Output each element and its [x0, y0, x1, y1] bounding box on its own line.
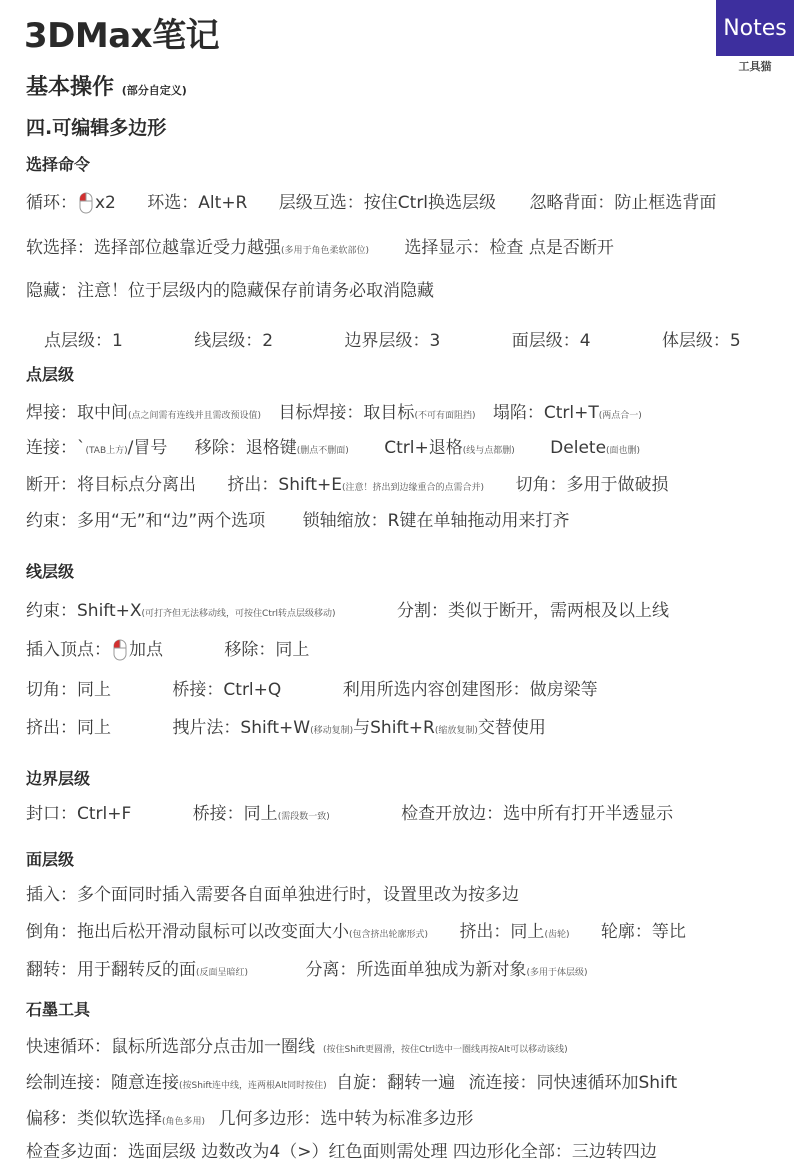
connect: 连接：`	[26, 438, 86, 458]
flow-connect: 流连接：同快速循环加Shift	[468, 1073, 677, 1093]
paint-connect: 绘制连接：随意连接	[26, 1073, 179, 1093]
edge-row-1: 约束：Shift+X(可打齐但无法移动线，可按住Ctrl转点层级移动) 分割：类…	[26, 596, 669, 621]
axis-scale: 锁轴缩放：R键在单轴拖动用来打齐	[303, 511, 570, 531]
add-point: 加点	[129, 640, 163, 660]
border-bridge: 桥接：同上	[193, 804, 278, 824]
ring-select: 环选：Alt+R	[147, 193, 247, 213]
face-row-2: 倒角：拖出后松开滑动鼠标可以改变面大小(包含挤出轮廓形式) 挤出：同上(齿轮) …	[26, 917, 686, 942]
level-element: 体层级：5	[662, 331, 741, 351]
alternate-use: 交替使用	[478, 718, 546, 738]
heading-vertex: 点层级	[26, 362, 74, 385]
level-switch: 层级互选：按住Ctrl换选层级	[279, 193, 496, 213]
mouse-left-click-icon	[113, 639, 127, 661]
face-extrude-note: (齿轮)	[544, 930, 569, 940]
check-open-edges: 检查开放边：选中所有打开半透显示	[401, 804, 673, 824]
collapse: 塌陷：Ctrl+T	[493, 403, 599, 423]
edge-constraint-note: (可打齐但无法移动线，可按住Ctrl转点层级移动)	[142, 609, 336, 619]
level-face: 面层级：4	[512, 331, 591, 351]
scale-copy-note: (缩放复制)	[435, 726, 478, 736]
detach-note: (多用于体层级)	[526, 968, 587, 978]
heading-select: 选择命令	[26, 152, 90, 175]
heading-graphite: 石墨工具	[26, 997, 90, 1020]
geopoly: 几何多边形：选中转为标准多边形	[218, 1109, 473, 1129]
edge-row-4: 挤出：同上 拽片法：Shift+W(移动复制)与Shift+R(缩放复制)交替使…	[26, 713, 546, 738]
graphite-row-2: 绘制连接：随意连接(按Shift连中线，连两根Alt同时按住) 自旋：翻转一遍 …	[26, 1068, 677, 1093]
heading-face: 面层级	[26, 847, 74, 870]
border-bridge-note: (需段数一致)	[278, 812, 330, 822]
soft-select-note: (多用于角色柔软部位)	[281, 246, 369, 256]
level-edge: 线层级：2	[194, 331, 273, 351]
graphite-row-3: 偏移：类似软选择(角色多用) 几何多边形：选中转为标准多边形	[26, 1104, 473, 1129]
border-row-1: 封口：Ctrl+F 桥接：同上(需段数一致) 检查开放边：选中所有打开半透显示	[26, 799, 673, 824]
constraint: 约束：多用“无”和“边”两个选项	[26, 511, 265, 531]
bevel: 倒角：拖出后松开滑动鼠标可以改变面大小	[26, 922, 349, 942]
collapse-note: (两点合一)	[599, 411, 642, 421]
vertex-row-4: 约束：多用“无”和“边”两个选项 锁轴缩放：R键在单轴拖动用来打齐	[26, 506, 569, 531]
select-row-2: 软选择：选择部位越靠近受力越强(多用于角色柔软部位) 选择显示：检查 点是否断开	[26, 233, 614, 258]
insert-vertex: 插入顶点：	[26, 640, 111, 660]
section-heading-text: 基本操作	[26, 75, 114, 100]
section-heading-note: (部分自定义)	[122, 84, 187, 97]
flip: 翻转：用于翻转反的面	[26, 960, 196, 980]
select-row-3: 隐藏：注意！位于层级内的隐藏保存前请务必取消隐藏	[26, 276, 434, 301]
subsection-heading: 四.可编辑多边形	[26, 113, 166, 140]
paint-connect-note: (按Shift连中线，连两根Alt同时按住)	[179, 1081, 327, 1091]
ctrl-backspace-note: (线与点都删)	[463, 446, 515, 456]
selection-display: 选择显示：检查 点是否断开	[404, 238, 613, 258]
flip-note: (反面呈暗红)	[196, 968, 248, 978]
offset-note: (角色多用)	[162, 1117, 205, 1127]
break: 断开：将目标点分离出	[26, 475, 196, 495]
delete-note: (面也删)	[606, 446, 640, 456]
graphite-row-4: 检查多边面：选面层级 边数改为4（>）红色面则需处理 四边形化全部：三边转四边	[26, 1137, 657, 1162]
spin: 自旋：翻转一遍	[336, 1073, 455, 1093]
face-row-1: 插入：多个面同时插入需要各自面单独进行时，设置里改为按多边	[26, 880, 519, 905]
connect-note: (TAB上方)	[86, 446, 128, 456]
heading-border: 边界层级	[26, 766, 90, 789]
move-copy-note: (移动复制)	[310, 726, 353, 736]
split: 分割：类似于断开，需两根及以上线	[397, 601, 669, 621]
bridge: 桥接：Ctrl+Q	[172, 680, 281, 700]
soft-select: 软选择：选择部位越靠近受力越强	[26, 238, 281, 258]
heading-edge: 线层级	[26, 559, 74, 582]
extrude: 挤出：Shift+E	[227, 475, 342, 495]
offset: 偏移：类似软选择	[26, 1109, 162, 1129]
edge-row-2: 插入顶点：加点 移除：同上	[26, 635, 309, 661]
ignore-backface: 忽略背面：防止框选背面	[529, 193, 716, 213]
create-shape: 利用所选内容创建图形：做房梁等	[343, 680, 598, 700]
weld: 焊接：取中间	[26, 403, 128, 423]
section-heading: 基本操作 (部分自定义)	[26, 70, 187, 101]
cap: 封口：Ctrl+F	[26, 804, 131, 824]
page-title: 3DMax笔记	[24, 8, 219, 57]
delete: Delete	[550, 438, 606, 458]
ctrl-backspace: Ctrl+退格	[384, 438, 463, 458]
vertex-row-2: 连接：`(TAB上方)/冒号 移除：退格键(删点不删面) Ctrl+退格(线与点…	[26, 433, 640, 458]
edge-chamfer: 切角：同上	[26, 680, 111, 700]
face-extrude: 挤出：同上	[459, 922, 544, 942]
level-shortcuts: 点层级：1 线层级：2 边界层级：3 面层级：4 体层级：5	[44, 326, 741, 351]
vertex-row-3: 断开：将目标点分离出 挤出：Shift+E(注意！挤出到边缘重合的点需合并) 切…	[26, 470, 668, 495]
edge-constraint: 约束：Shift+X	[26, 601, 142, 621]
shift-r: 与Shift+R	[353, 718, 435, 738]
outline: 轮廓：等比	[601, 922, 686, 942]
target-weld: 目标焊接：取目标	[278, 403, 414, 423]
edge-remove: 移除：同上	[224, 640, 309, 660]
badge-subtitle: 工具猫	[716, 58, 794, 74]
remove-note: (删点不删面)	[297, 446, 349, 456]
mouse-left-click-icon	[79, 192, 93, 214]
bevel-note: (包含挤出轮廓形式)	[349, 930, 428, 940]
detach: 分离：所选面单独成为新对象	[305, 960, 526, 980]
connect-alt: /冒号	[128, 438, 168, 458]
level-border: 边界层级：3	[344, 331, 440, 351]
edge-extrude: 挤出：同上	[26, 718, 111, 738]
notes-badge-label: Notes	[723, 16, 787, 41]
vertex-row-1: 焊接：取中间(点之间需有连线并且需改预设值) 目标焊接：取目标(不可有面阻挡) …	[26, 398, 642, 423]
level-vertex: 点层级：1	[44, 331, 123, 351]
remove: 移除：退格键	[195, 438, 297, 458]
loop-times: x2	[95, 193, 116, 213]
drag-method: 拽片法：Shift+W	[172, 718, 310, 738]
notes-badge: Notes	[716, 0, 794, 56]
chamfer: 切角：多用于做破损	[515, 475, 668, 495]
extrude-note: (注意！挤出到边缘重合的点需合并)	[342, 483, 484, 493]
weld-note: (点之间需有连线并且需改预设值)	[128, 411, 261, 421]
face-row-3: 翻转：用于翻转反的面(反面呈暗红) 分离：所选面单独成为新对象(多用于体层级)	[26, 955, 587, 980]
swift-loop-note: (按住Shift更圆滑，按住Ctrl选中一圈线再按Alt可以移动该线)	[323, 1045, 568, 1055]
graphite-row-1: 快速循环：鼠标所选部分点击加一圈线(按住Shift更圆滑，按住Ctrl选中一圈线…	[26, 1032, 568, 1057]
edge-row-3: 切角：同上 桥接：Ctrl+Q 利用所选内容创建图形：做房梁等	[26, 675, 598, 700]
target-weld-note: (不可有面阻挡)	[414, 411, 475, 421]
swift-loop: 快速循环：鼠标所选部分点击加一圈线	[26, 1037, 315, 1057]
loop-label: 循环：	[26, 193, 77, 213]
select-row-1: 循环：x2 环选：Alt+R 层级互选：按住Ctrl换选层级 忽略背面：防止框选…	[26, 188, 716, 214]
